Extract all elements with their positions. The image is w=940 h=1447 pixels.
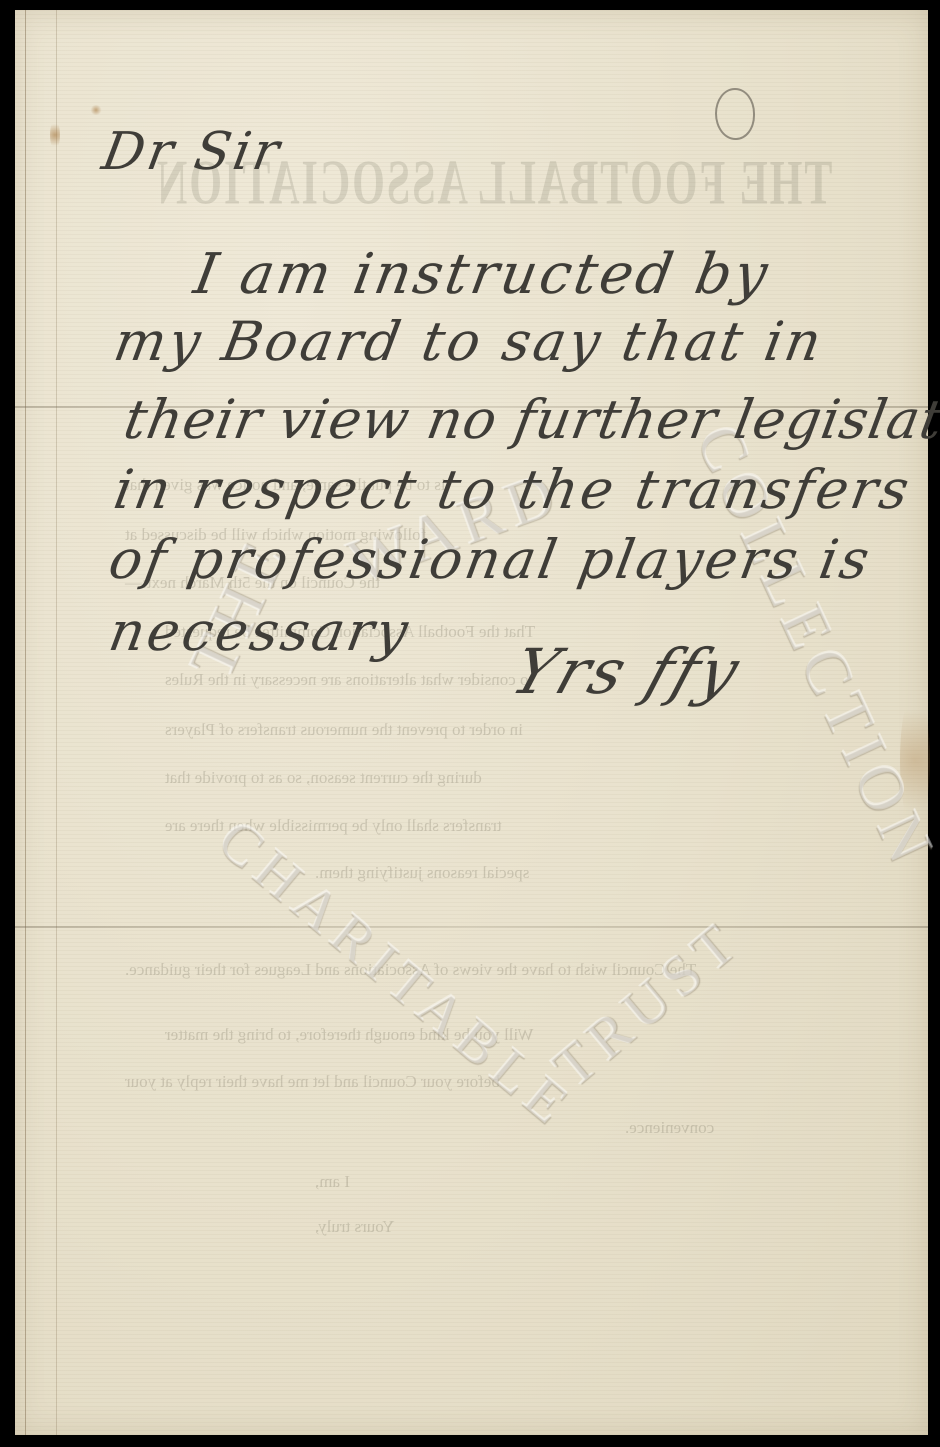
bleed-through-line: during the current season, so as to prov… (165, 768, 482, 788)
foxing-stain (50, 120, 60, 150)
letter-page: THE FOOTBALL ASSOCIATION is to be put th… (15, 10, 928, 1435)
letter-signoff: Yrs ffy (503, 635, 751, 708)
letter-line: necessary (104, 600, 415, 663)
letter-salutation: Dr Sir (98, 122, 287, 182)
page-left-edge (25, 10, 57, 1435)
bleed-through-line: Yours truly, (315, 1217, 394, 1237)
fold-line-lower (15, 926, 928, 928)
bleed-through-line: convenience. (625, 1118, 714, 1138)
letter-line: my Board to say that in (109, 310, 828, 373)
bleed-through-line: special reasons justifying them. (315, 863, 529, 883)
letter-line: I am instructed by (189, 242, 775, 307)
bleed-through-line: transfers shall only be permissible when… (165, 816, 502, 836)
bleed-through-line: before your Council and let me have thei… (125, 1072, 500, 1092)
watermark-text: TRUST (540, 906, 754, 1101)
foxing-stain (90, 105, 102, 115)
letter-line: in respect to the transfers (109, 458, 916, 521)
bleed-through-line: I am, (315, 1172, 350, 1192)
letter-line: of professional players is (104, 528, 876, 591)
bleed-through-line: in order to prevent the numerous transfe… (165, 720, 523, 740)
page-number-mark (715, 88, 755, 140)
letter-line: their view no further legislation (119, 388, 940, 451)
